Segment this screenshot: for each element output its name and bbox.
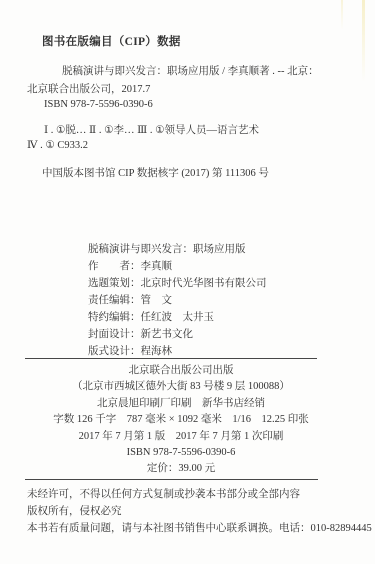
credit-label: 作 者： — [88, 261, 141, 272]
credit-value: 任红波 太井玉 — [141, 312, 215, 323]
credit-row-planning: 选题策划：北京时代光华图书有限公司 — [88, 275, 267, 292]
credit-value: 北京时代光华图书有限公司 — [141, 278, 267, 289]
scan-edge-streak-small — [341, 0, 343, 30]
cip-publisher-line: 北京联合出版公司，2017.7 — [27, 81, 150, 96]
credit-label: 责任编辑： — [88, 295, 141, 306]
divider-rule-bottom — [25, 479, 318, 480]
notice-no-copying-line: 未经许可，不得以任何方式复制或抄袭本书部分或全部内容 — [27, 486, 372, 503]
cip-section-header: 图书在版编目（CIP）数据 — [42, 33, 181, 49]
credit-value: 李真顺 — [141, 261, 173, 272]
book-copyright-page: 图书在版编目（CIP）数据 脱稿演讲与即兴发言：职场应用版 / 李真顺著 . -… — [0, 0, 375, 564]
credit-label: 选题策划： — [88, 278, 141, 289]
credit-row-special-editor: 特约编辑：任红波 太井玉 — [88, 309, 267, 326]
cip-isbn: ISBN 978-7-5596-0390-6 — [44, 99, 153, 110]
notice-quality-contact-line: 本书若有质量问题，请与本社图书销售中心联系调换。电话：010-82894445 — [27, 520, 372, 537]
cip-registry-number: 中国版本图书馆 CIP 数据核字 (2017) 第 111306 号 — [42, 165, 269, 180]
edition-line: 2017 年 7 月第 1 版 2017 年 7 月第 1 次印刷 — [6, 429, 356, 445]
credit-row-author: 作 者：李真顺 — [88, 258, 267, 275]
credit-value: 管 文 — [141, 295, 173, 306]
credit-row-editor: 责任编辑：管 文 — [88, 292, 267, 309]
credit-label: 特约编辑： — [88, 312, 141, 323]
cip-title-line: 脱稿演讲与即兴发言：职场应用版 / 李真顺著 . -- 北京： — [62, 63, 319, 78]
credit-value: 新艺书文化 — [141, 329, 194, 340]
printer-distributor-line: 北京晨旭印刷厂印刷 新华书店经销 — [6, 396, 356, 412]
divider-rule-top — [25, 358, 317, 359]
book-credits-section: 脱稿演讲与即兴发言：职场应用版 作 者：李真顺 选题策划：北京时代光华图书有限公… — [88, 241, 267, 360]
credit-label: 封面设计： — [88, 329, 141, 340]
publication-info-section: 北京联合出版公司出版 （北京市西城区德外大街 83 号楼 9 层 100088）… — [6, 363, 356, 478]
book-title: 脱稿演讲与即兴发言：职场应用版 — [88, 241, 267, 258]
scan-edge-streak — [362, 0, 365, 82]
isbn-line: ISBN 978-7-5596-0390-6 — [6, 445, 356, 461]
price-line: 定价：39.00 元 — [6, 461, 356, 477]
credit-row-cover-design: 封面设计：新艺书文化 — [88, 326, 267, 343]
cip-classification-line-1: Ⅰ . ①脱… Ⅱ . ①李… Ⅲ . ①领导人员—语言艺术 — [44, 122, 259, 137]
copyright-notice-section: 未经许可，不得以任何方式复制或抄袭本书部分或全部内容 版权所有，侵权必究 本书若… — [27, 486, 372, 537]
publisher-address-line: （北京市西城区德外大街 83 号楼 9 层 100088） — [6, 379, 356, 395]
credit-value: 程海林 — [141, 346, 173, 357]
publisher-line: 北京联合出版公司出版 — [6, 363, 356, 379]
format-line: 字数 126 千字 787 毫米 × 1092 毫米 1/16 12.25 印张 — [6, 412, 356, 428]
cip-classification-line-2: Ⅳ . ① C933.2 — [27, 139, 88, 151]
credit-label: 版式设计： — [88, 346, 141, 357]
notice-rights-reserved-line: 版权所有，侵权必究 — [27, 503, 372, 520]
